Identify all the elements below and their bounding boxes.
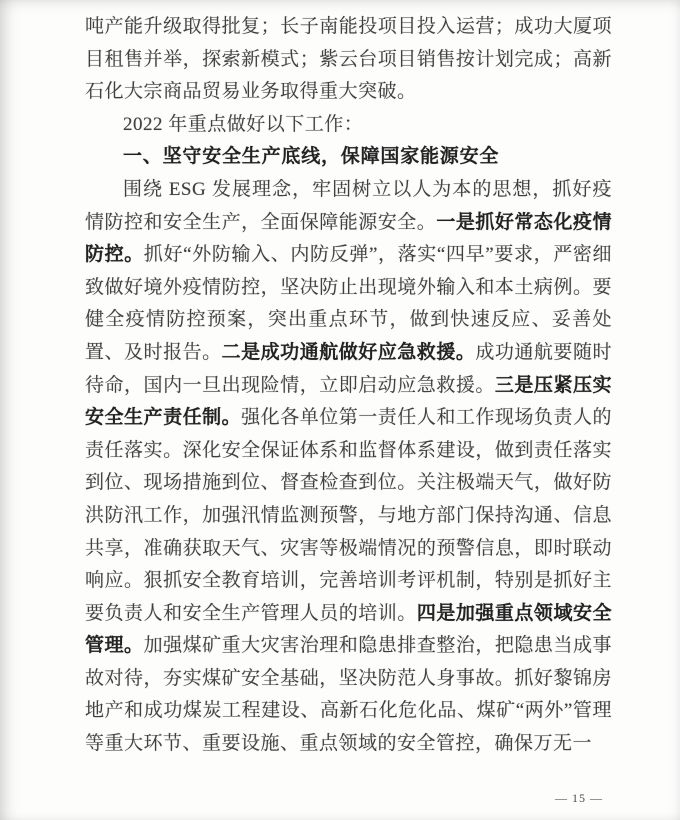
page-footer: — 15 —: [555, 791, 603, 806]
paragraph: 吨产能升级取得批复；长子南能投项目投入运营；成功大厦项目租售并举，探索新模式；紫…: [85, 11, 612, 109]
paragraph: 2022 年重点做好以下工作：: [85, 109, 612, 142]
section-heading: 一、坚守安全生产底线，保障国家能源安全: [85, 141, 612, 174]
bold-text-segment: 一、坚守安全生产底线，保障国家能源安全: [123, 146, 499, 167]
document-body: 吨产能升级取得批复；长子南能投项目投入运营；成功大厦项目租售并举，探索新模式；紫…: [85, 11, 612, 761]
text-segment: 加强煤矿重大灾害治理和隐患排查整治，把隐患当成事故对待，夯实煤矿安全基础，坚决防…: [85, 635, 612, 754]
scanned-document-page: 吨产能升级取得批复；长子南能投项目投入运营；成功大厦项目租售并举，探索新模式；紫…: [0, 0, 680, 820]
page-number: — 15 —: [555, 791, 603, 805]
text-segment: 吨产能升级取得批复；长子南能投项目投入运营；成功大厦项目租售并举，探索新模式；紫…: [85, 16, 612, 102]
text-segment: 强化各单位第一责任人和工作现场负责人的责任落实。深化安全保证体系和监督体系建设，…: [85, 407, 612, 624]
bold-text-segment: 二是成功通航做好应急救援。: [222, 342, 476, 363]
text-segment: 2022 年重点做好以下工作：: [123, 114, 363, 135]
paragraph: 围绕 ESG 发展理念，牢固树立以人为本的思想，抓好疫情防控和安全生产，全面保障…: [85, 174, 612, 761]
